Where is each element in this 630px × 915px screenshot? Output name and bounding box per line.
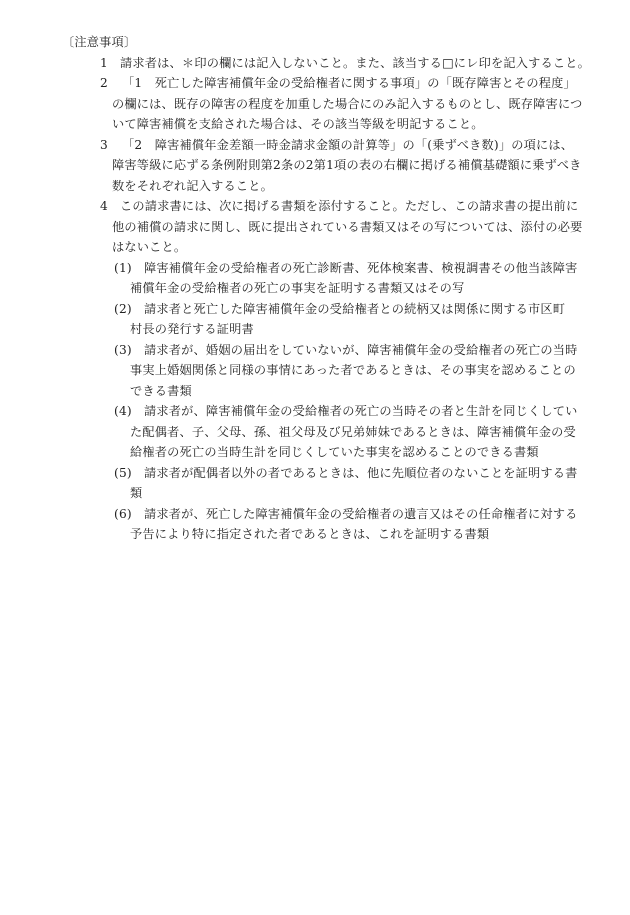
attachment-line: できる書類 — [62, 381, 556, 402]
attachment-line: 給権者の死亡の当時生計を同じくしていた事実を認めることのできる書類 — [62, 442, 556, 463]
note-line: 障害等級に応ずる条例附則第2条の2第1項の表の右欄に掲げる補償基礎額に乗ずべき — [62, 155, 556, 176]
attachment-line: 類 — [62, 483, 556, 504]
notes-heading: 〔注意事項〕 — [62, 32, 556, 53]
note-number: 4 — [100, 196, 108, 217]
note-line: 請求者は、＊印の欄には記入しないこと。また、該当する□にレ印を記入すること。 — [62, 53, 556, 74]
attachment-line: 請求者が、婚姻の届出をしていないが、障害補償年金の受給権者の死亡の当時 — [62, 340, 556, 361]
attachment-line: 請求者が、死亡した障害補償年金の受給権者の遺言又はその任命権者に対する — [62, 504, 556, 525]
attachment-number: (1) — [114, 258, 132, 279]
attachment-number: (4) — [114, 401, 132, 422]
note-line: いて障害補償を支給された場合は、その該当等級を明記すること。 — [62, 114, 556, 135]
notes-document: 〔注意事項〕 1 請求者は、＊印の欄には記入しないこと。また、該当する□にレ印を… — [62, 32, 556, 545]
note-item-3: 3 「2 障害補償年金差額一時金請求金額の計算等」の「(乗ずべき数)」の項には、… — [62, 135, 556, 197]
attachment-line: た配偶者、子、父母、孫、祖父母及び兄弟姉妹であるときは、障害補償年金の受 — [62, 422, 556, 443]
attachment-line: 請求者が配偶者以外の者であるときは、他に先順位者のないことを証明する書 — [62, 463, 556, 484]
attachment-item-6: (6) 請求者が、死亡した障害補償年金の受給権者の遺言又はその任命権者に対する … — [62, 504, 556, 545]
note-item-4: 4 この請求書には、次に掲げる書類を添付すること。ただし、この請求書の提出前に … — [62, 196, 556, 545]
note-line: 「2 障害補償年金差額一時金請求金額の計算等」の「(乗ずべき数)」の項には、 — [62, 135, 556, 156]
note-line: 数をそれぞれ記入すること。 — [62, 176, 556, 197]
note-line: 「1 死亡した障害補償年金の受給権者に関する事項」の「既存障害とその程度」 — [62, 73, 556, 94]
note-item-1: 1 請求者は、＊印の欄には記入しないこと。また、該当する□にレ印を記入すること。 — [62, 53, 556, 74]
note-line: の欄には、既存の障害の程度を加重した場合にのみ記入するものとし、既存障害につ — [62, 94, 556, 115]
attachment-number: (6) — [114, 504, 132, 525]
note-line: 他の補償の請求に関し、既に提出されている書類又はその写については、添付の必要 — [62, 217, 556, 238]
attachment-line: 予告により特に指定された者であるときは、これを証明する書類 — [62, 524, 556, 545]
note-number: 3 — [100, 135, 108, 156]
attachment-line: 村長の発行する証明書 — [62, 319, 556, 340]
note-line: はないこと。 — [62, 237, 556, 258]
attachment-line: 事実上婚姻関係と同様の事情にあった者であるときは、その事実を認めることの — [62, 360, 556, 381]
attachment-item-3: (3) 請求者が、婚姻の届出をしていないが、障害補償年金の受給権者の死亡の当時 … — [62, 340, 556, 402]
attachment-line: 障害補償年金の受給権者の死亡診断書、死体検案書、検視調書その他当該障害 — [62, 258, 556, 279]
attachment-number: (5) — [114, 463, 132, 484]
note-line: この請求書には、次に掲げる書類を添付すること。ただし、この請求書の提出前に — [62, 196, 556, 217]
attachment-line: 請求者が、障害補償年金の受給権者の死亡の当時その者と生計を同じくしてい — [62, 401, 556, 422]
attachment-item-5: (5) 請求者が配偶者以外の者であるときは、他に先順位者のないことを証明する書 … — [62, 463, 556, 504]
attachment-line: 請求者と死亡した障害補償年金の受給権者との続柄又は関係に関する市区町 — [62, 299, 556, 320]
note-number: 1 — [100, 53, 108, 74]
note-number: 2 — [100, 73, 108, 94]
attachment-number: (3) — [114, 340, 132, 361]
note-item-2: 2 「1 死亡した障害補償年金の受給権者に関する事項」の「既存障害とその程度」 … — [62, 73, 556, 135]
attachment-item-1: (1) 障害補償年金の受給権者の死亡診断書、死体検案書、検視調書その他当該障害 … — [62, 258, 556, 299]
attachment-item-2: (2) 請求者と死亡した障害補償年金の受給権者との続柄又は関係に関する市区町 村… — [62, 299, 556, 340]
attachment-item-4: (4) 請求者が、障害補償年金の受給権者の死亡の当時その者と生計を同じくしてい … — [62, 401, 556, 463]
attachment-line: 補償年金の受給権者の死亡の事実を証明する書類又はその写 — [62, 278, 556, 299]
attachment-number: (2) — [114, 299, 132, 320]
